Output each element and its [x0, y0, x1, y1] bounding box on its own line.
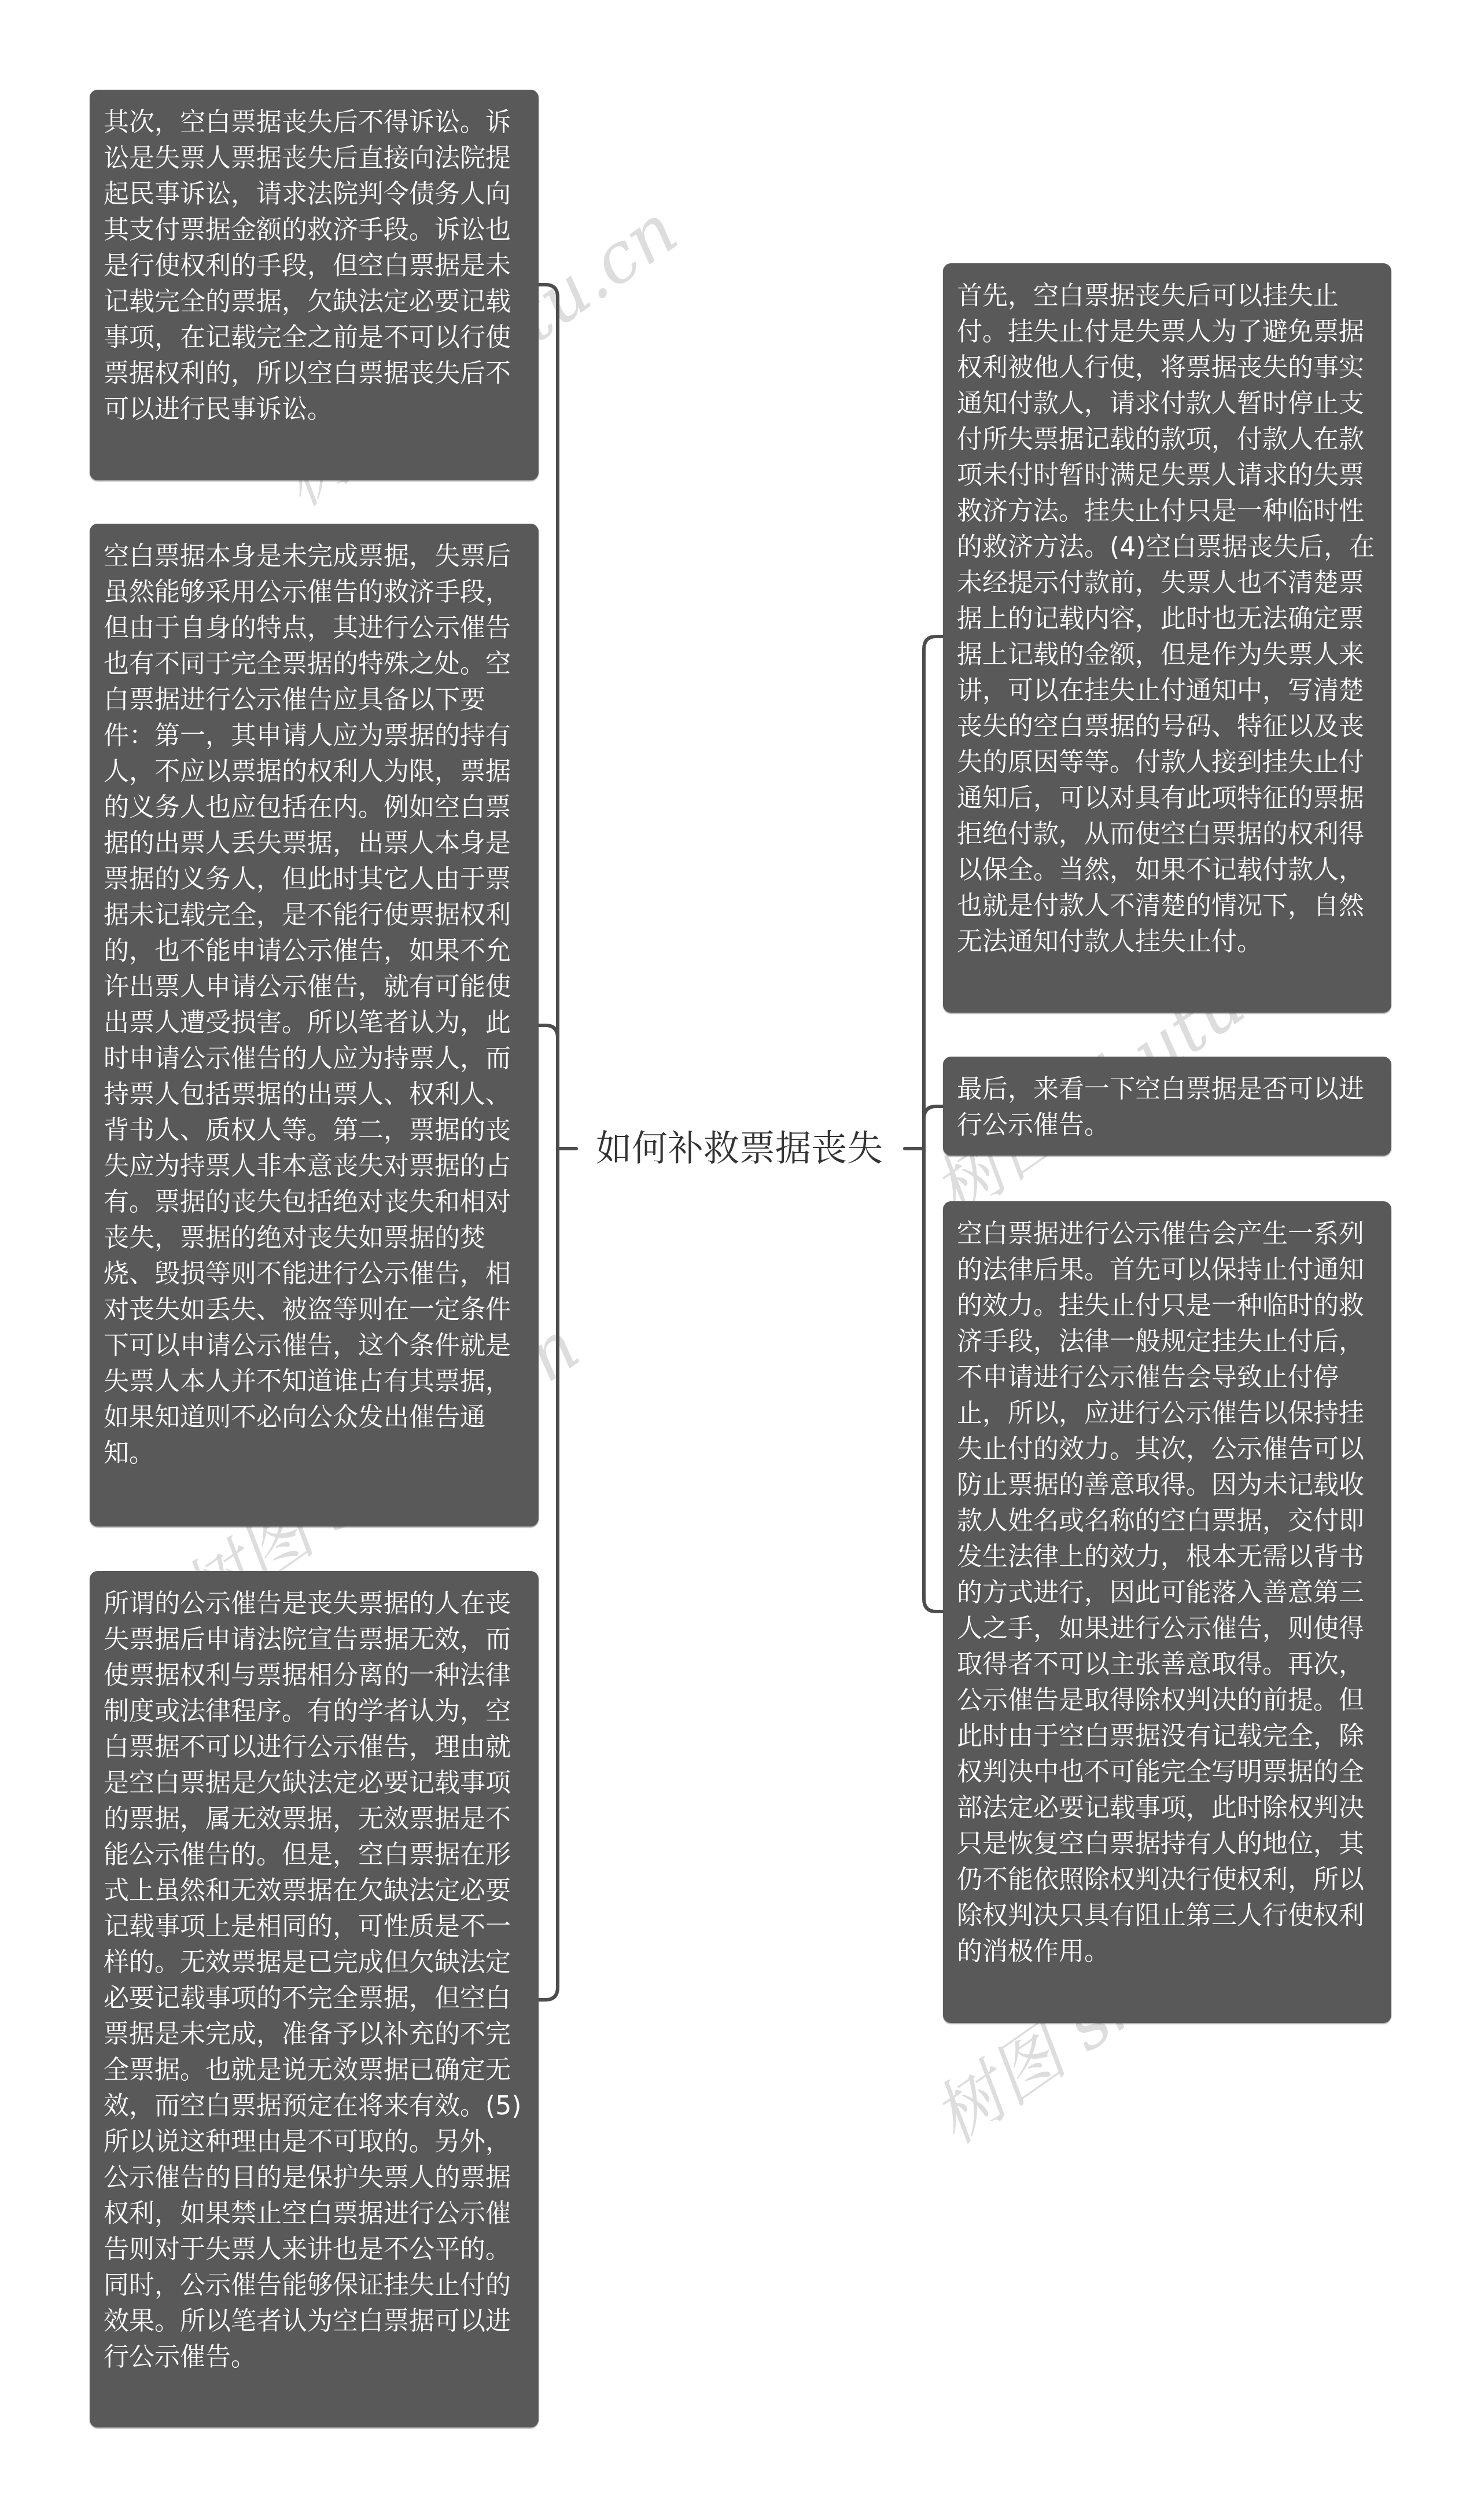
topic-node-final-question[interactable]: 最后，来看一下空白票据是否可以进行公示催告。	[943, 1057, 1391, 1156]
topic-node-legal-consequences[interactable]: 空白票据进行公示催告会产生一系列的法律后果。首先可以保持止付通知的效力。挂失止付…	[943, 1201, 1391, 2023]
topic-node-report-loss[interactable]: 首先，空白票据丧失后可以挂失止付。挂失止付是失票人为了避免票据权利被他人行使，将…	[943, 263, 1391, 1013]
topic-node-lawsuit[interactable]: 其次，空白票据丧失后不得诉讼。诉讼是失票人票据丧失后直接向法院提起民事诉讼，请求…	[90, 90, 539, 480]
topic-node-requirements[interactable]: 空白票据本身是未完成票据，失票后虽然能够采用公示催告的救济手段，但由于自身的特点…	[90, 524, 539, 1526]
topic-node-definition[interactable]: 所谓的公示催告是丧失票据的人在丧失票据后申请法院宣告票据无效，而使票据权利与票据…	[90, 1571, 539, 2427]
root-topic[interactable]: 如何补救票据丧失	[596, 1125, 883, 1172]
